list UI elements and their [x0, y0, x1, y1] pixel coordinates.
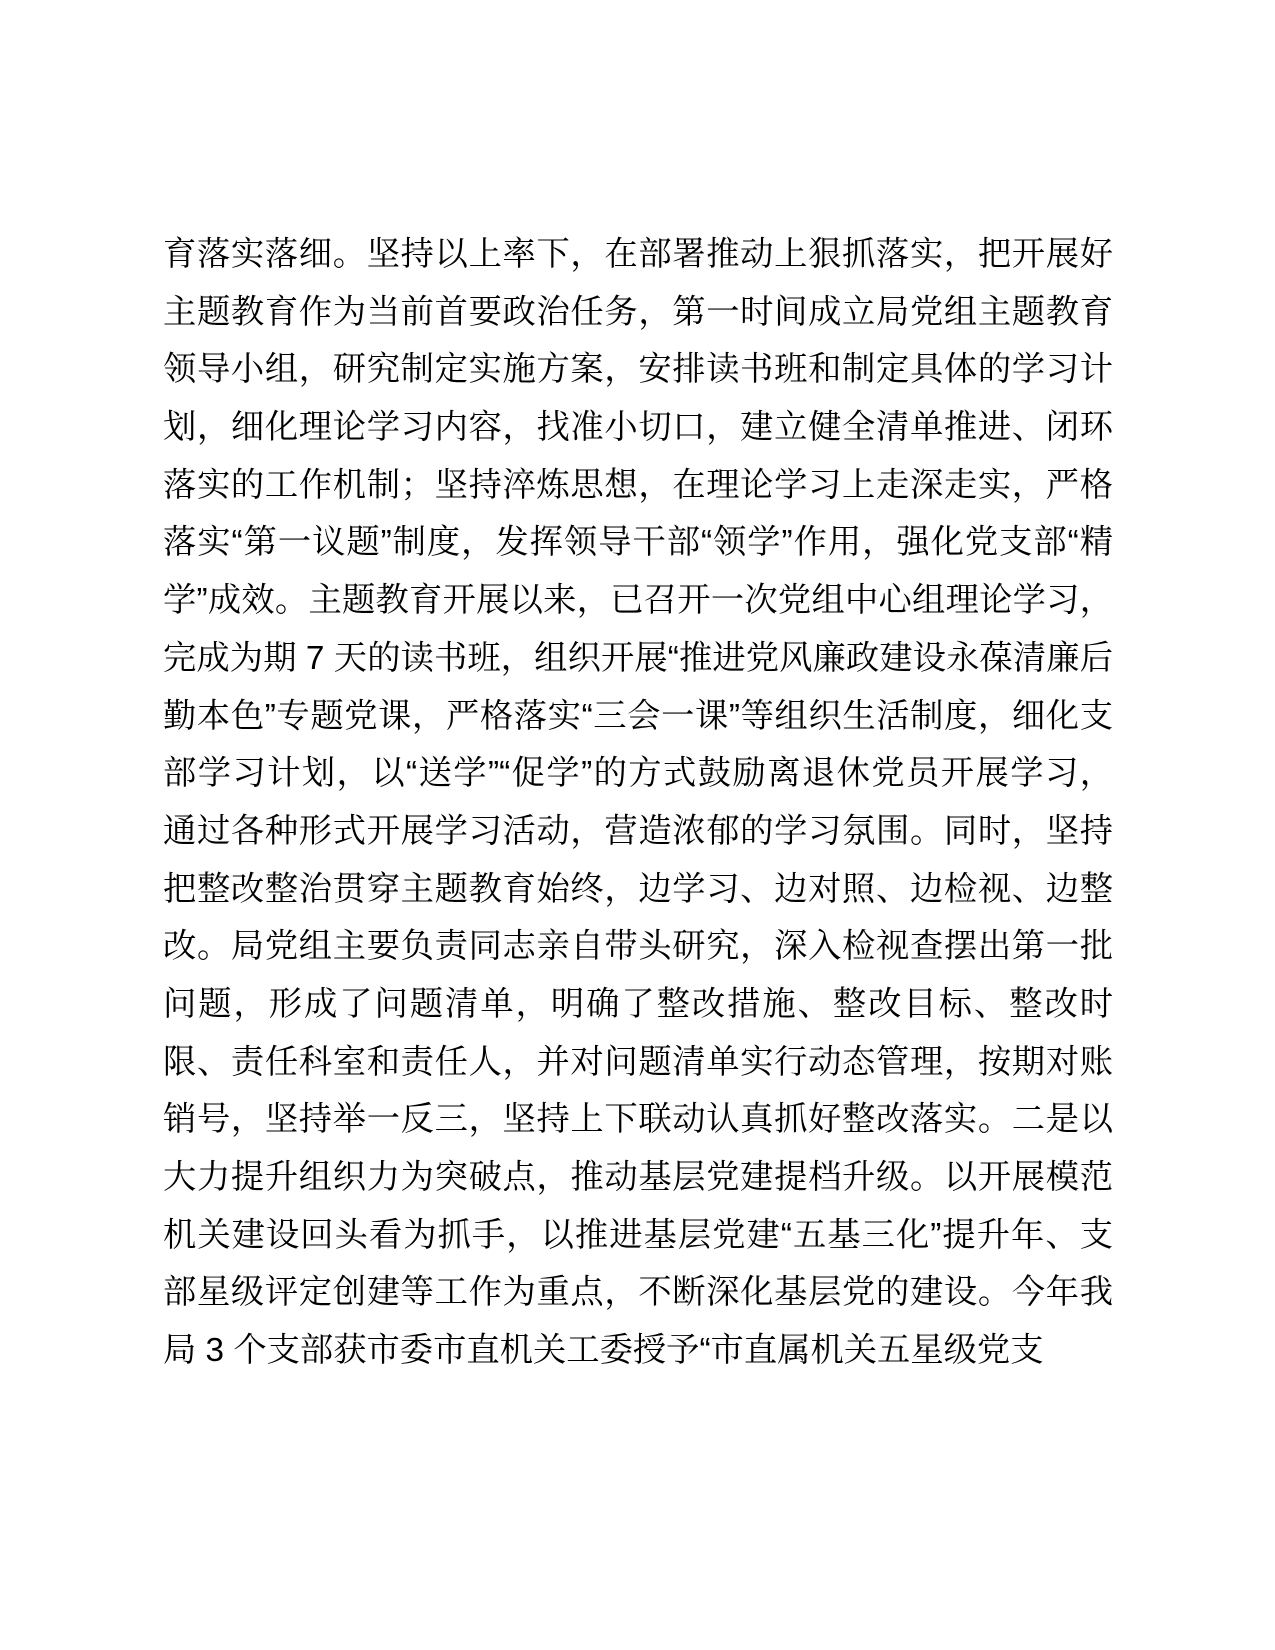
text-line-15: 限、责任科室和责任人，并对问题清单实行动态管理，按期对账: [163, 1034, 1113, 1092]
text-line-3: 领导小组，研究制定实施方案，安排读书班和制定具体的学习计: [163, 341, 1113, 399]
text-line-20: 局 3 个支部获市委市直机关工委授予“市直属机关五星级党支: [163, 1322, 1113, 1380]
text-line-9: 勤本色”专题党课，严格落实“三会一课”等组织生活制度，细化支: [163, 688, 1113, 746]
text-line-7: 学”成效。主题教育开展以来，已召开一次党组中心组理论学习，: [163, 572, 1113, 630]
text-line-1: 育落实落细。坚持以上率下，在部署推动上狠抓落实，把开展好: [163, 226, 1113, 284]
text-line-12: 把整改整治贯穿主题教育始终，边学习、边对照、边检视、边整: [163, 861, 1113, 919]
text-line-18: 机关建设回头看为抓手，以推进基层党建“五基三化”提升年、支: [163, 1207, 1113, 1265]
text-line-6: 落实“第一议题”制度，发挥领导干部“领学”作用，强化党支部“精: [163, 514, 1113, 572]
text-line-4: 划，细化理论学习内容，找准小切口，建立健全清单推进、闭环: [163, 399, 1113, 457]
text-line-8: 完成为期 7 天的读书班，组织开展“推进党风廉政建设永葆清廉后: [163, 630, 1113, 688]
text-line-19: 部星级评定创建等工作为重点，不断深化基层党的建设。今年我: [163, 1264, 1113, 1322]
text-line-17: 大力提升组织力为突破点，推动基层党建提档升级。以开展模范: [163, 1149, 1113, 1207]
text-line-2: 主题教育作为当前首要政治任务，第一时间成立局党组主题教育: [163, 284, 1113, 342]
document-page: 育落实落细。坚持以上率下，在部署推动上狠抓落实，把开展好主题教育作为当前首要政治…: [0, 0, 1275, 1650]
body-text-paragraph: 育落实落细。坚持以上率下，在部署推动上狠抓落实，把开展好主题教育作为当前首要政治…: [163, 226, 1113, 1380]
text-line-10: 部学习计划，以“送学”“促学”的方式鼓励离退休党员开展学习，: [163, 745, 1113, 803]
text-line-13: 改。局党组主要负责同志亲自带头研究，深入检视查摆出第一批: [163, 918, 1113, 976]
text-line-11: 通过各种形式开展学习活动，营造浓郁的学习氛围。同时，坚持: [163, 803, 1113, 861]
text-line-5: 落实的工作机制；坚持淬炼思想，在理论学习上走深走实，严格: [163, 457, 1113, 515]
text-line-16: 销号，坚持举一反三，坚持上下联动认真抓好整改落实。二是以: [163, 1091, 1113, 1149]
text-line-14: 问题，形成了问题清单，明确了整改措施、整改目标、整改时: [163, 976, 1113, 1034]
